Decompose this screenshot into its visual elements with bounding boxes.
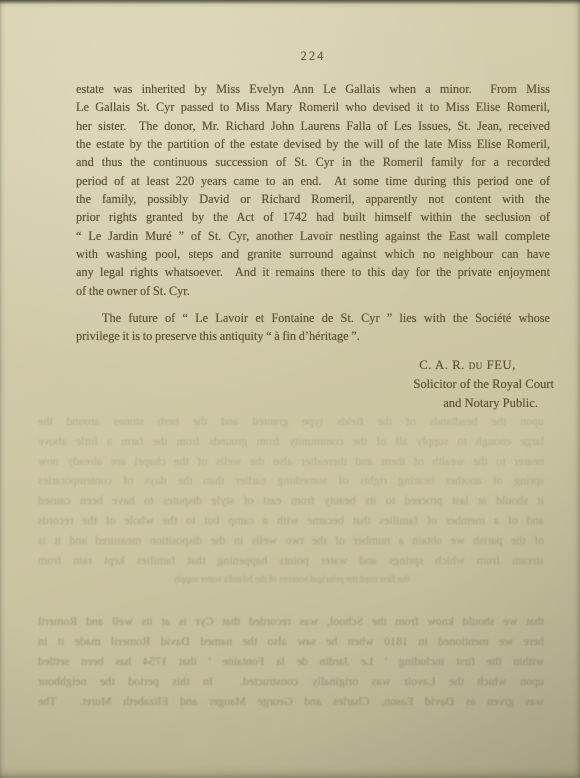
page-showthrough: upon the headlands of the fields type gr… bbox=[38, 412, 544, 711]
showthrough-line: of the parish we obtain a number of the … bbox=[38, 531, 544, 551]
signature-name: C. A. R. du FEU, bbox=[76, 356, 554, 375]
paragraph-line: prior rights granted by the Act of 1742 … bbox=[76, 208, 550, 226]
scanned-book-page: 224 estate was inherited by Miss Evelyn … bbox=[0, 0, 580, 778]
paragraph-line: the family, possibly David or Richard Ro… bbox=[76, 190, 550, 208]
paragraph-line: any legal rights whatsoever. And it rema… bbox=[76, 263, 550, 281]
body-paragraph-2: The future of “ Le Lavoir et Fontaine de… bbox=[76, 309, 550, 346]
page-number: 224 bbox=[76, 49, 550, 64]
page-top-edge-shadow bbox=[0, 0, 580, 4]
showthrough-footnote-line: the first used the principal sources of … bbox=[38, 572, 544, 588]
showthrough-line: upon which the Lavoir was originally con… bbox=[38, 672, 544, 692]
showthrough-line: that we should know from the School, was… bbox=[38, 612, 544, 632]
showthrough-line: and of a member of families that became … bbox=[38, 511, 544, 531]
showthrough-line: within the first including ' Le Jardin d… bbox=[38, 652, 544, 672]
showthrough-line: nearer to the wealth of them and thereaf… bbox=[38, 452, 544, 472]
signature-title: Solicitor of the Royal Court bbox=[76, 375, 554, 394]
showthrough-line: upon the headlands of the fields type gr… bbox=[38, 412, 544, 432]
paragraph-line: “ Le Jardin Muré ” of St. Cyr, another L… bbox=[76, 227, 550, 245]
paragraph-line: with washing pool, steps and granite sur… bbox=[76, 245, 550, 263]
paragraph-line: and thus the continuous succession of St… bbox=[76, 153, 550, 171]
showthrough-line: was given as David Eason, Charles and Ge… bbox=[38, 692, 544, 712]
paragraph-line: the estate by the partition of the estat… bbox=[76, 135, 550, 153]
showthrough-line: spring of another bearing rights of some… bbox=[38, 471, 544, 491]
paragraph-line: Le Gallais St. Cyr passed to Miss Mary R… bbox=[76, 98, 550, 116]
showthrough-line: large enough to supply all of the commun… bbox=[38, 432, 544, 452]
signature-title: and Notary Public. bbox=[76, 394, 554, 413]
showthrough-line: here we mentioned in 1810 when he saw al… bbox=[38, 632, 544, 652]
paragraph-line: The future of “ Le Lavoir et Fontaine de… bbox=[76, 309, 550, 327]
paragraph-line: of the owner of St. Cyr. bbox=[76, 282, 550, 300]
showthrough-line: stream from which springs and water poin… bbox=[38, 551, 544, 571]
paragraph-line: privilege it is to preserve this antiqui… bbox=[76, 327, 550, 345]
paragraph-line: estate was inherited by Miss Evelyn Ann … bbox=[76, 80, 550, 98]
body-paragraph-1: estate was inherited by Miss Evelyn Ann … bbox=[76, 80, 550, 300]
signature-block: C. A. R. du FEU, Solicitor of the Royal … bbox=[76, 356, 554, 414]
paragraph-line: period of at least 220 years came to an … bbox=[76, 172, 550, 190]
paragraph-line: her sister. The donor, Mr. Richard John … bbox=[76, 117, 550, 135]
showthrough-line: it should at last proceed to its beauty … bbox=[38, 491, 544, 511]
